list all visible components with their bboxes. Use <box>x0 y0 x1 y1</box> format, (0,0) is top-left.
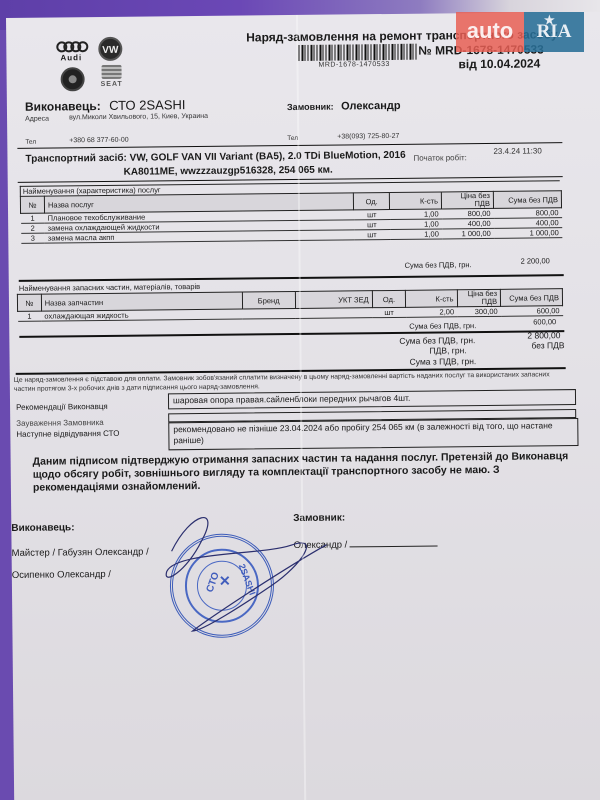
customer-block: Замовник: Олександр <box>287 96 401 115</box>
autoria-watermark: auto RIA <box>456 12 584 52</box>
signature-scribble-icon <box>151 509 352 641</box>
col-sum: Сума без ПДВ <box>493 191 561 209</box>
customer-remarks-label: Зауваження Замовника <box>16 418 104 428</box>
next-visit-label: Наступне відвідування СТО <box>16 429 119 439</box>
grand-sum-no-vat-value: 2 800,00 <box>527 330 560 340</box>
skoda-logo-icon <box>61 67 85 91</box>
contractor-phone-label: Тел <box>25 139 36 146</box>
col-brand: Бренд <box>242 291 295 309</box>
col-number: № <box>20 196 44 213</box>
customer-label: Замовник: <box>287 102 334 112</box>
start-value: 23.4.24 11:30 <box>493 146 541 156</box>
barcode-icon <box>298 44 418 61</box>
contractor-name: СТО 2SASHI <box>109 97 185 113</box>
col-part-name: Назва запчастин <box>41 292 242 311</box>
col-unit: Од. <box>354 192 390 209</box>
col-sum: Сума без ПДВ <box>500 289 562 307</box>
next-visit-field: рекомендовано не пізніше 23.04.2024 або … <box>168 418 578 450</box>
customer-signature-field[interactable] <box>350 538 438 548</box>
brand-logos: Audi VW SEAT <box>56 37 137 98</box>
contractor-recommendations-field: шаровая опора правая.сайленблоки передни… <box>168 389 576 409</box>
customer-phone: +38(093) 725-80-27 <box>337 133 399 141</box>
col-unit: Од. <box>372 290 406 307</box>
vehicle-line-1: Транспортний засіб: VW, GOLF VAN VII Var… <box>25 150 405 165</box>
sum-with-vat-label: Сума з ПДВ, грн. <box>410 356 477 367</box>
col-quantity: К-сть <box>390 192 442 210</box>
contractor-phone: +380 68 377-60-00 <box>69 137 128 145</box>
barcode-text: MRD-1678-1470533 <box>318 61 390 69</box>
col-price: Ціна без ПДВ <box>457 289 501 306</box>
master-signature-line: Майстер / Габузян Олександр / <box>12 547 149 559</box>
col-price: Ціна без ПДВ <box>441 191 493 209</box>
customer-phone-label: Тел <box>287 135 298 142</box>
services-total-label: Сума без ПДВ, грн. <box>405 260 472 270</box>
vehicle-model: VW, GOLF VAN VII Variant (BA5), 2.0 TDi … <box>130 150 406 164</box>
worker-signature-line: Осипенко Олександр / <box>12 569 111 581</box>
start-label: Початок робіт: <box>413 153 466 163</box>
vat-label: ПДВ, грн. <box>429 345 466 355</box>
vw-logo-icon: VW <box>98 37 122 61</box>
vehicle-line-2: KA8011ME, wwzzzauzgp516328, 254 065 км. <box>124 165 333 178</box>
watermark-auto-text: auto <box>456 12 524 52</box>
contractor-address: вул.Миколи Хвильового, 15, Киев, Украина <box>69 113 208 121</box>
services-table: № Назва послуг Од. К-сть Ціна без ПДВ Су… <box>20 190 562 244</box>
watermark-ria-text: RIA <box>524 12 584 52</box>
col-quantity: К-сть <box>406 290 457 308</box>
address-label: Адреса <box>25 116 49 123</box>
vat-value: без ПДВ <box>531 340 564 350</box>
contractor-label: Виконавець: <box>25 99 101 114</box>
audi-logo-icon: Audi <box>56 39 84 57</box>
customer-name: Олександр <box>341 100 401 113</box>
parts-total-value: 600,00 <box>533 317 556 326</box>
parts-total-label: Сума без ПДВ, грн. <box>409 321 476 331</box>
divider <box>19 330 564 337</box>
col-number: № <box>17 294 41 311</box>
seat-logo-icon: SEAT <box>96 65 126 95</box>
parts-table: № Назва запчастин Бренд УКТ ЗЕД Од. К-ст… <box>17 288 563 322</box>
work-order-document: Audi VW SEAT Наряд-замовлення на ремонт … <box>6 12 600 800</box>
contractor-recommendations-label: Рекомендації Виконавця <box>16 402 108 412</box>
document-date: від 10.04.2024 <box>458 56 540 71</box>
services-total-value: 2 200,00 <box>521 256 550 265</box>
col-ukt-zed: УКТ ЗЕД <box>295 291 372 309</box>
contractor-signature-label: Виконавець: <box>11 522 74 534</box>
vehicle-label: Транспортний засіб: <box>25 153 127 165</box>
confirmation-statement: Даним підписом підтверджую отримання зап… <box>33 450 573 495</box>
